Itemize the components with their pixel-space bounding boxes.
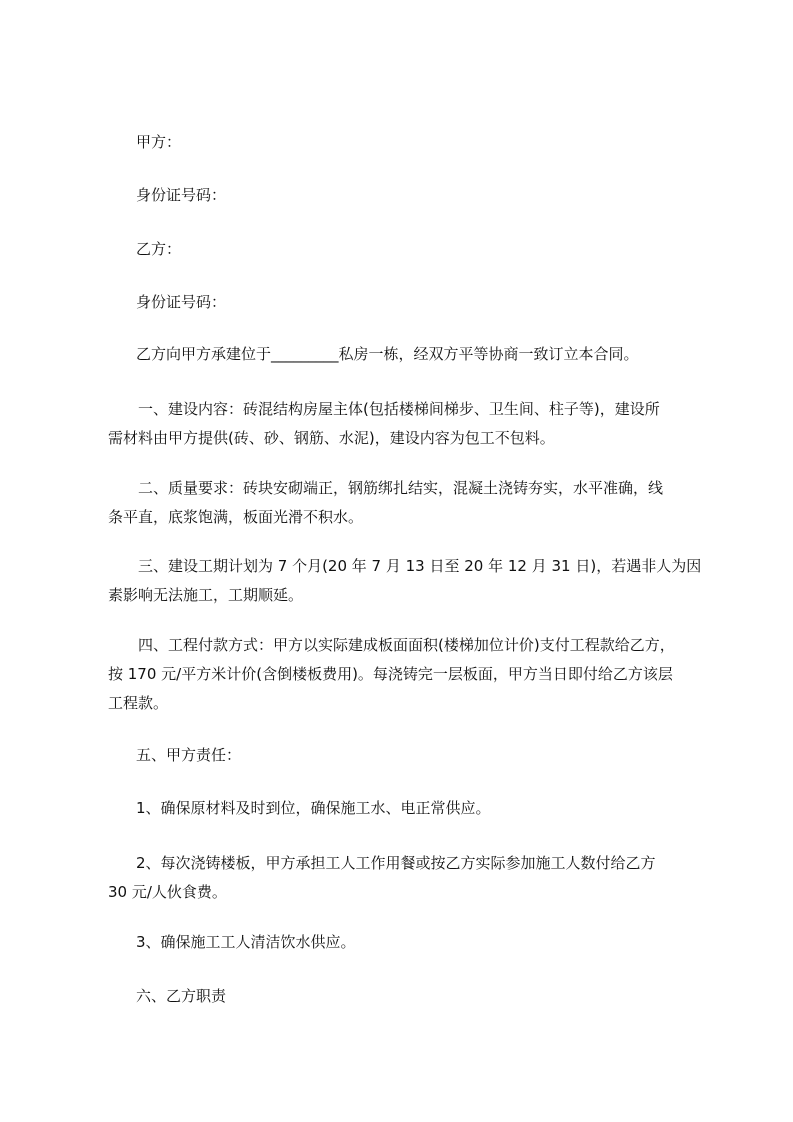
text-line: 六、乙方职责 — [136, 982, 728, 1011]
clause-1-paragraph: 一、建设内容：砖混结构房屋主体(包括楼梯间梯步、卫生间、柱子等)，建设所 需材料… — [108, 395, 700, 453]
clause-5-item-3: 3、确保施工工人清洁饮水供应。 — [108, 928, 728, 957]
text-line: 四、工程付款方式：甲方以实际建成板面面积(楼梯加位计价)支付工程款给乙方， — [108, 631, 700, 660]
text-line: 身份证号码： — [136, 181, 728, 210]
text-line: 乙方向甲方承建位于_________私房一栋，经双方平等协商一致订立本合同。 — [136, 340, 728, 369]
intro-paragraph: 乙方向甲方承建位于_________私房一栋，经双方平等协商一致订立本合同。 — [108, 340, 728, 369]
clause-6-heading: 六、乙方职责 — [108, 982, 728, 1011]
text-line: 身份证号码： — [136, 288, 728, 317]
clause-4-paragraph: 四、工程付款方式：甲方以实际建成板面面积(楼梯加位计价)支付工程款给乙方， 按 … — [108, 631, 700, 718]
text-line: 二、质量要求：砖块安砌端正，钢筋绑扎结实，混凝土浇铸夯实，水平准确，线 — [108, 474, 700, 503]
party-a-label: 甲方： — [108, 128, 728, 157]
clause-5-heading: 五、甲方责任： — [108, 741, 728, 770]
text-line: 五、甲方责任： — [136, 741, 728, 770]
party-b-id-label: 身份证号码： — [108, 288, 728, 317]
text-line: 素影响无法施工，工期顺延。 — [108, 581, 700, 610]
text-line: 按 170 元/平方米计价(含倒楼板费用)。每浇铸完一层板面，甲方当日即付给乙方… — [108, 660, 700, 689]
text-line: 30 元/人伙食费。 — [108, 878, 700, 907]
text-line: 条平直，底浆饱满，板面光滑不积水。 — [108, 503, 700, 532]
text-line: 乙方： — [136, 235, 728, 264]
text-line: 工程款。 — [108, 689, 700, 718]
clause-3-paragraph: 三、建设工期计划为 7 个月(20 年 7 月 13 日至 20 年 12 月 … — [108, 552, 700, 610]
document-page: 甲方： 身份证号码： 乙方： 身份证号码： 乙方向甲方承建位于_________… — [0, 0, 793, 1122]
text-line: 一、建设内容：砖混结构房屋主体(包括楼梯间梯步、卫生间、柱子等)，建设所 — [108, 395, 700, 424]
clause-2-paragraph: 二、质量要求：砖块安砌端正，钢筋绑扎结实，混凝土浇铸夯实，水平准确，线 条平直，… — [108, 474, 700, 532]
text-line: 需材料由甲方提供(砖、砂、钢筋、水泥)，建设内容为包工不包料。 — [108, 424, 700, 453]
party-b-label: 乙方： — [108, 235, 728, 264]
clause-5-item-2: 2、每次浇铸楼板，甲方承担工人工作用餐或按乙方实际参加施工人数付给乙方 30 元… — [108, 849, 700, 907]
text-line: 2、每次浇铸楼板，甲方承担工人工作用餐或按乙方实际参加施工人数付给乙方 — [108, 849, 700, 878]
text-line: 3、确保施工工人清洁饮水供应。 — [136, 928, 728, 957]
party-a-id-label: 身份证号码： — [108, 181, 728, 210]
text-line: 1、确保原材料及时到位，确保施工水、电正常供应。 — [136, 794, 728, 823]
clause-5-item-1: 1、确保原材料及时到位，确保施工水、电正常供应。 — [108, 794, 728, 823]
text-line: 三、建设工期计划为 7 个月(20 年 7 月 13 日至 20 年 12 月 … — [108, 552, 700, 581]
text-line: 甲方： — [136, 128, 728, 157]
